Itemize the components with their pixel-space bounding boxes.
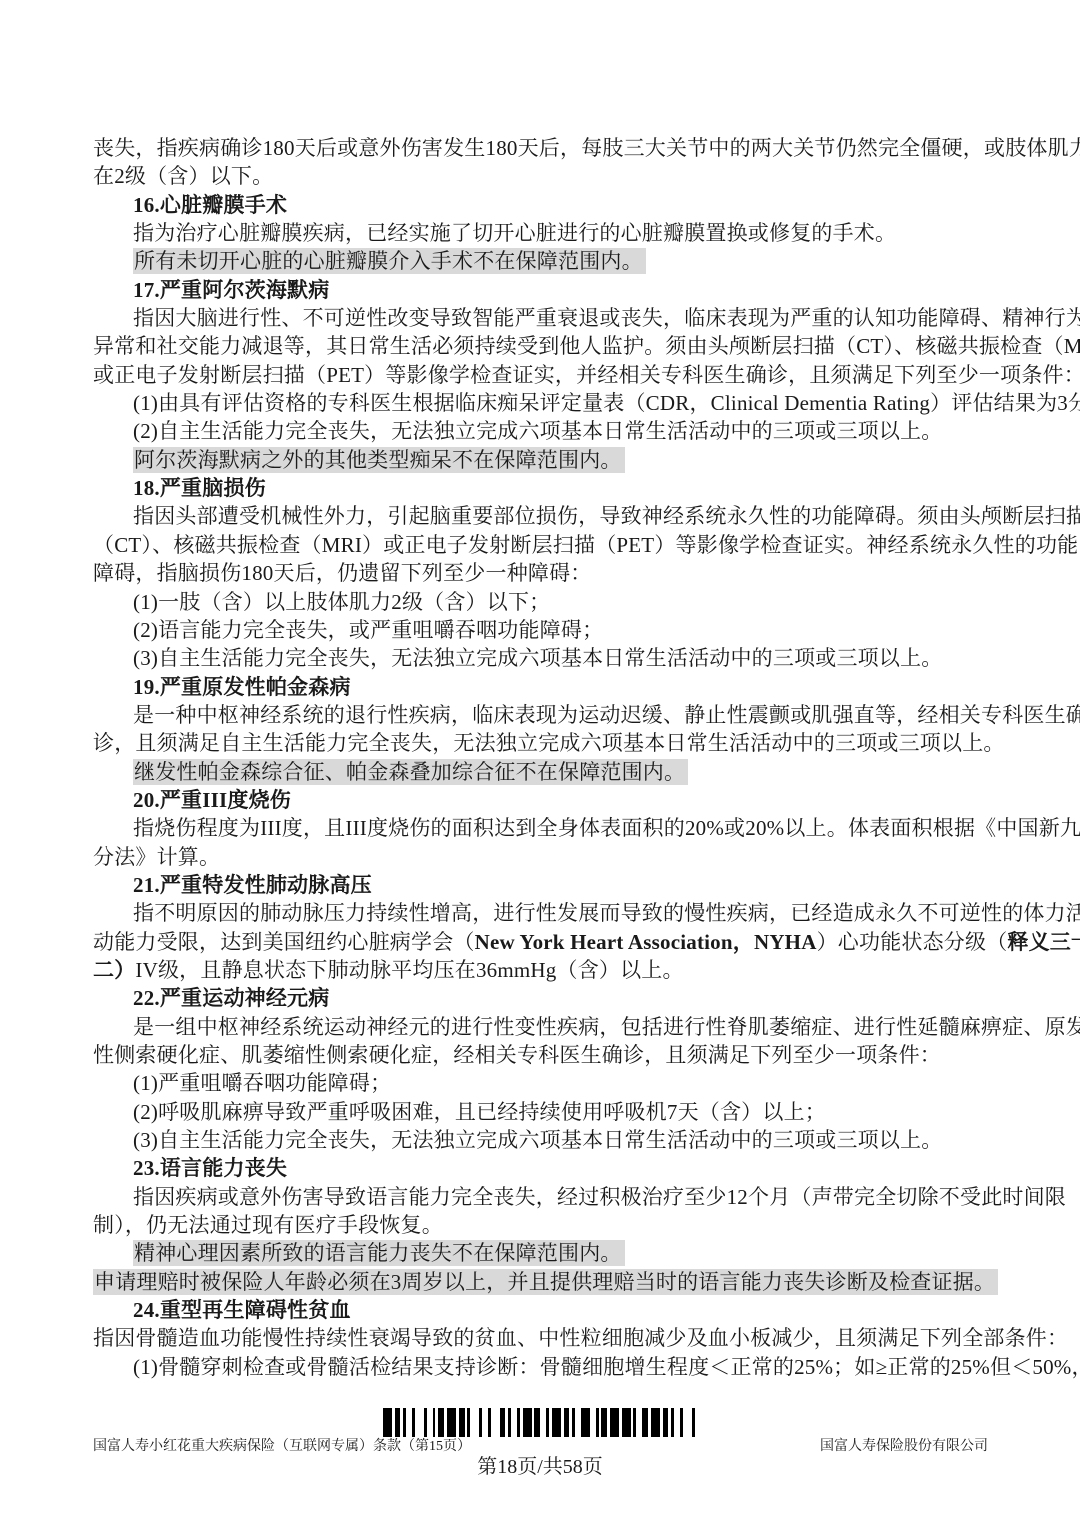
text-segment: 指为治疗心脏瓣膜疾病，已经实施了切开心脏进行的心脏瓣膜置换或修复的手术。 xyxy=(133,221,896,245)
text-line: (2)自主生活能力完全丧失，无法独立完成六项基本日常生活活动中的三项或三项以上。 xyxy=(93,417,989,445)
section-heading: 16.心脏瓣膜手术 xyxy=(93,191,989,219)
barcode-bar xyxy=(470,1408,479,1437)
text-segment: 指因骨髓造血功能慢性持续性衰竭导致的贫血、中性粒细胞减少及血小板减少，且须满足下… xyxy=(93,1326,1068,1350)
text-segment: （CT）、核磁共振检查（MRI）或正电子发射断层扫描（PET）等影像学检查证实。… xyxy=(93,533,1078,557)
text-segment: ）心功能状态分级（ xyxy=(817,930,1008,954)
text-segment: (3)自主生活能力完全丧失，无法独立完成六项基本日常生活活动中的三项或三项以上。 xyxy=(133,1128,942,1152)
text-segment: 18.严重脑损伤 xyxy=(133,476,266,500)
section-heading: 22.严重运动神经元病 xyxy=(93,984,989,1012)
text-segment: (3)自主生活能力完全丧失，无法独立完成六项基本日常生活活动中的三项或三项以上。 xyxy=(133,646,942,670)
text-segment: (2)自主生活能力完全丧失，无法独立完成六项基本日常生活活动中的三项或三项以上。 xyxy=(133,419,942,443)
text-segment: 丧失，指疾病确诊180天后或意外伤害发生180天后，每肢三大关节中的两大关节仍然… xyxy=(93,136,1080,160)
barcode-bar xyxy=(523,1408,532,1437)
barcode-bar xyxy=(383,1408,392,1437)
text-segment: 释义三十 xyxy=(1007,930,1080,954)
text-segment: 动能力受限，达到美国纽约心脏病学会（ xyxy=(93,930,475,954)
text-segment: 在2级（含）以下。 xyxy=(93,164,273,188)
text-line: 是一种中枢神经系统的退行性疾病，临床表现为运动迟缓、静止性震颤或肌强直等，经相关… xyxy=(93,701,989,729)
barcode-bar xyxy=(491,1408,500,1437)
barcode-bar xyxy=(552,1408,561,1437)
text-line: (1)骨髓穿刺检查或骨髓活检结果支持诊断：骨髓细胞增生程度＜正常的25%；如≥正… xyxy=(93,1353,989,1381)
text-line: 指为治疗心脏瓣膜疾病，已经实施了切开心脏进行的心脏瓣膜置换或修复的手术。 xyxy=(93,219,989,247)
text-line: 指因骨髓造血功能慢性持续性衰竭导致的贫血、中性粒细胞减少及血小板减少，且须满足下… xyxy=(93,1324,989,1352)
text-line: 或正电子发射断层扫描（PET）等影像学检查证实，并经相关专科医生确诊，且须满足下… xyxy=(93,361,989,389)
text-line: 指因疾病或意外伤害导致语言能力完全丧失，经过积极治疗至少12个月（声带完全切除不… xyxy=(93,1183,989,1211)
text-line: 指因头部遭受机械性外力，引起脑重要部位损伤，导致神经系统永久性的功能障碍。须由头… xyxy=(93,502,989,530)
text-segment: 17.严重阿尔茨海默病 xyxy=(133,278,329,302)
text-line: （CT）、核磁共振检查（MRI）或正电子发射断层扫描（PET）等影像学检查证实。… xyxy=(93,531,989,559)
text-segment: 二） xyxy=(93,958,135,982)
section-heading: 21.严重特发性肺动脉高压 xyxy=(93,871,989,899)
highlight-background: 所有未切开心脏的心脏瓣膜介入手术不在保障范围内。 xyxy=(133,248,646,274)
text-segment: (2)语言能力完全丧失，或严重咀嚼吞咽功能障碍； xyxy=(133,618,603,642)
text-segment: 23.语言能力丧失 xyxy=(133,1156,287,1180)
text-line: 诊，且须满足自主生活能力完全丧失，无法独立完成六项基本日常生活活动中的三项或三项… xyxy=(93,729,989,757)
text-line: 是一组中枢神经系统运动神经元的进行性变性疾病，包括进行性脊肌萎缩症、进行性延髓麻… xyxy=(93,1013,989,1041)
text-line: 分法》计算。 xyxy=(93,843,989,871)
text-segment: 制），仍无法通过现有医疗手段恢复。 xyxy=(93,1213,443,1237)
text-segment: (1)由具有评估资格的专科医生根据临床痴呆评定量表（CDR，Clinical D… xyxy=(133,391,1080,415)
text-line: (3)自主生活能力完全丧失，无法独立完成六项基本日常生活活动中的三项或三项以上。 xyxy=(93,644,989,672)
text-line: 性侧索硬化症、肌萎缩性侧索硬化症，经相关专科医生确诊，且须满足下列至少一项条件： xyxy=(93,1041,989,1069)
text-line: (3)自主生活能力完全丧失，无法独立完成六项基本日常生活活动中的三项或三项以上。 xyxy=(93,1126,989,1154)
barcode-bar xyxy=(610,1408,619,1437)
highlight-background: 精神心理因素所致的语言能力丧失不在保障范围内。 xyxy=(133,1240,625,1266)
text-segment: New York Heart Association，NYHA xyxy=(475,930,817,954)
text-segment: (1)骨髓穿刺检查或骨髓活检结果支持诊断：骨髓细胞增生程度＜正常的25%；如≥正… xyxy=(133,1355,1080,1379)
exclusion-highlight-line: 精神心理因素所致的语言能力丧失不在保障范围内。 xyxy=(93,1239,989,1267)
exclusion-highlight-line: 阿尔茨海默病之外的其他类型痴呆不在保障范围内。 xyxy=(93,446,989,474)
text-segment: (2)呼吸肌麻痹导致严重呼吸困难，且已经持续使用呼吸机7天（含）以上； xyxy=(133,1100,826,1124)
text-segment: 16.心脏瓣膜手术 xyxy=(133,193,287,217)
text-segment: 申请理赔时被保险人年龄必须在3周岁以上，并且提供理赔当时的语言能力丧失诊断及检查… xyxy=(94,1270,995,1294)
text-segment: 异常和社交能力减退等，其日常生活必须持续受到他人监护。须由头颅断层扫描（CT）、… xyxy=(93,334,1080,358)
text-segment: IV级，且静息状态下肺动脉平均压在36mmHg（含）以上。 xyxy=(135,958,683,982)
text-line: 在2级（含）以下。 xyxy=(93,162,989,190)
text-line: 指因大脑进行性、不可逆性改变导致智能严重衰退或丧失，临床表现为严重的认知功能障碍… xyxy=(93,304,989,332)
barcode-bar xyxy=(622,1408,631,1437)
text-line: (2)语言能力完全丧失，或严重咀嚼吞咽功能障碍； xyxy=(93,616,989,644)
barcode-bar xyxy=(651,1408,660,1437)
text-line: 指烧伤程度为III度，且III度烧伤的面积达到全身体表面积的20%或20%以上。… xyxy=(93,814,989,842)
text-line: (1)一肢（含）以上肢体肌力2级（含）以下； xyxy=(93,588,989,616)
barcode-bar xyxy=(581,1408,590,1437)
text-segment: 21.严重特发性肺动脉高压 xyxy=(133,873,372,897)
text-line: 异常和社交能力减退等，其日常生活必须持续受到他人监护。须由头颅断层扫描（CT）、… xyxy=(93,332,989,360)
text-segment: (1)一肢（含）以上肢体肌力2级（含）以下； xyxy=(133,590,550,614)
section-heading: 20.严重III度烧伤 xyxy=(93,786,989,814)
exclusion-highlight-line: 继发性帕金森综合征、帕金森叠加综合征不在保障范围内。 xyxy=(93,758,989,786)
barcode xyxy=(383,1408,701,1437)
exclusion-highlight-line: 申请理赔时被保险人年龄必须在3周岁以上，并且提供理赔当时的语言能力丧失诊断及检查… xyxy=(93,1268,989,1296)
text-segment: 20.严重III度烧伤 xyxy=(133,788,291,812)
text-segment: 诊，且须满足自主生活能力完全丧失，无法独立完成六项基本日常生活活动中的三项或三项… xyxy=(93,731,1005,755)
text-segment: 是一种中枢神经系统的退行性疾病，临床表现为运动迟缓、静止性震颤或肌强直等，经相关… xyxy=(133,703,1080,727)
text-line: 障碍，指脑损伤180天后，仍遗留下列至少一种障碍： xyxy=(93,559,989,587)
text-segment: 指因疾病或意外伤害导致语言能力完全丧失，经过积极治疗至少12个月（声带完全切除不… xyxy=(133,1185,1066,1209)
text-segment: 指因大脑进行性、不可逆性改变导致智能严重衰退或丧失，临床表现为严重的认知功能障碍… xyxy=(133,306,1080,330)
text-line: (1)由具有评估资格的专科医生根据临床痴呆评定量表（CDR，Clinical D… xyxy=(93,389,989,417)
text-segment: (1)严重咀嚼吞咽功能障碍； xyxy=(133,1071,391,1095)
document-text-body: 丧失，指疾病确诊180天后或意外伤害发生180天后，每肢三大关节中的两大关节仍然… xyxy=(93,134,989,1381)
text-line: 二）IV级，且静息状态下肺动脉平均压在36mmHg（含）以上。 xyxy=(93,956,989,984)
text-line: 动能力受限，达到美国纽约心脏病学会（New York Heart Associa… xyxy=(93,928,989,956)
page-number: 第18页/共58页 xyxy=(0,1450,1080,1479)
highlight-background: 继发性帕金森综合征、帕金森叠加综合征不在保障范围内。 xyxy=(133,759,688,785)
highlight-background: 阿尔茨海默病之外的其他类型痴呆不在保障范围内。 xyxy=(133,447,625,473)
section-heading: 23.语言能力丧失 xyxy=(93,1154,989,1182)
barcode-bar xyxy=(447,1408,456,1437)
text-segment: 精神心理因素所致的语言能力丧失不在保障范围内。 xyxy=(134,1241,622,1265)
text-segment: 阿尔茨海默病之外的其他类型痴呆不在保障范围内。 xyxy=(134,448,622,472)
barcode-bar xyxy=(695,1408,701,1437)
text-segment: 22.严重运动神经元病 xyxy=(133,986,329,1010)
barcode-bar xyxy=(683,1408,692,1437)
barcode-bar xyxy=(415,1408,424,1437)
section-heading: 19.严重原发性帕金森病 xyxy=(93,673,989,701)
text-segment: 19.严重原发性帕金森病 xyxy=(133,675,351,699)
text-segment: 性侧索硬化症、肌萎缩性侧索硬化症，经相关专科医生确诊，且须满足下列至少一项条件： xyxy=(93,1043,941,1067)
text-segment: 是一组中枢神经系统运动神经元的进行性变性疾病，包括进行性脊肌萎缩症、进行性延髓麻… xyxy=(133,1015,1080,1039)
section-heading: 24.重型再生障碍性贫血 xyxy=(93,1296,989,1324)
document-page: { "page": { "background_color": "#ffffff… xyxy=(0,0,1080,1528)
text-segment: 或正电子发射断层扫描（PET）等影像学检查证实，并经相关专科医生确诊，且须满足下… xyxy=(93,363,1080,387)
text-line: (1)严重咀嚼吞咽功能障碍； xyxy=(93,1069,989,1097)
text-segment: 指不明原因的肺动脉压力持续性增高，进行性发展而导致的慢性疾病，已经造成永久不可逆… xyxy=(133,901,1080,925)
section-heading: 17.严重阿尔茨海默病 xyxy=(93,276,989,304)
text-line: 丧失，指疾病确诊180天后或意外伤害发生180天后，每肢三大关节中的两大关节仍然… xyxy=(93,134,989,162)
text-segment: 分法》计算。 xyxy=(93,845,220,869)
highlight-background: 申请理赔时被保险人年龄必须在3周岁以上，并且提供理赔当时的语言能力丧失诊断及检查… xyxy=(93,1269,998,1295)
text-segment: 继发性帕金森综合征、帕金森叠加综合征不在保障范围内。 xyxy=(134,760,685,784)
text-segment: 所有未切开心脏的心脏瓣膜介入手术不在保障范围内。 xyxy=(134,249,643,273)
text-line: (2)呼吸肌麻痹导致严重呼吸困难，且已经持续使用呼吸机7天（含）以上； xyxy=(93,1098,989,1126)
section-heading: 18.严重脑损伤 xyxy=(93,474,989,502)
text-segment: 指烧伤程度为III度，且III度烧伤的面积达到全身体表面积的20%或20%以上。… xyxy=(133,816,1080,840)
text-segment: 指因头部遭受机械性外力，引起脑重要部位损伤，导致神经系统永久性的功能障碍。须由头… xyxy=(133,504,1080,528)
text-line: 指不明原因的肺动脉压力持续性增高，进行性发展而导致的慢性疾病，已经造成永久不可逆… xyxy=(93,899,989,927)
text-segment: 障碍，指脑损伤180天后，仍遗留下列至少一种障碍： xyxy=(93,561,592,585)
exclusion-highlight-line: 所有未切开心脏的心脏瓣膜介入手术不在保障范围内。 xyxy=(93,247,989,275)
text-line: 制），仍无法通过现有医疗手段恢复。 xyxy=(93,1211,989,1239)
text-segment: 24.重型再生障碍性贫血 xyxy=(133,1298,351,1322)
